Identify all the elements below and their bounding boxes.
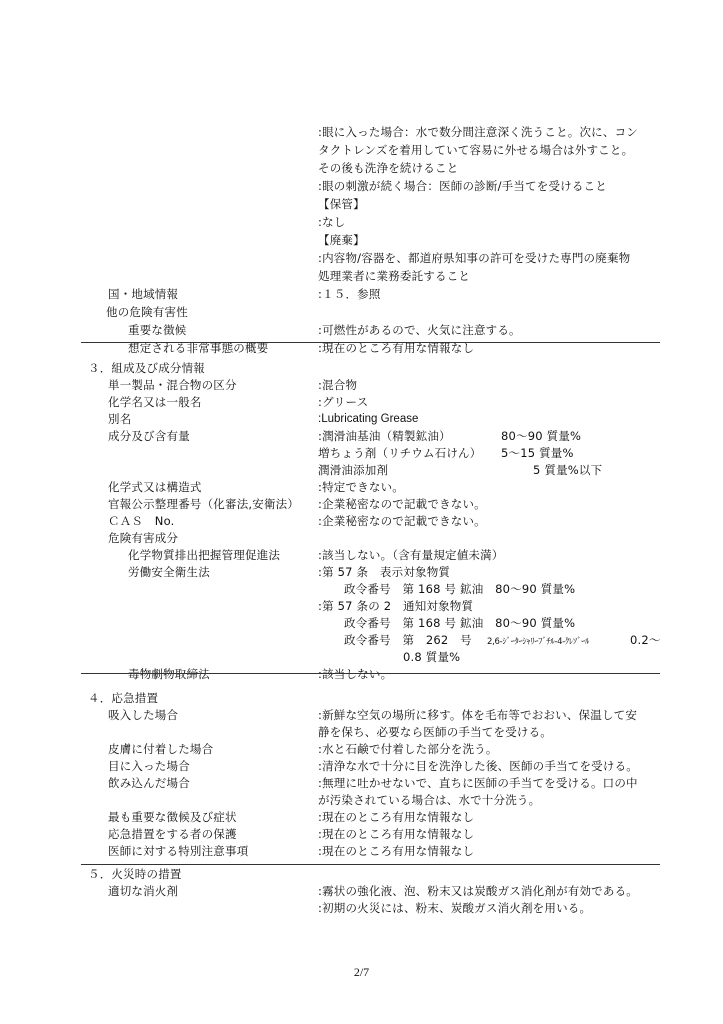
- inhalation-line-2: 静を保ち、必要なら医師の手当てを受ける。: [318, 724, 552, 740]
- inhalation-line-1: :新鮮な空気の場所に移す。体を毛布等でおおい、保温して安: [318, 707, 637, 723]
- eye-irritation-line: :眼の刺激が続く場合：医師の診断/手当てを受けること: [318, 178, 607, 194]
- ingestion-line-1: :無理に吐かせないで、直ちに医師の手当てを受ける。口の中: [318, 775, 638, 791]
- section-divider: [81, 864, 660, 865]
- physician-notes-label: 医師に対する特別注意事項: [108, 843, 248, 859]
- responder-protection-value: :現在のところ有用な情報なし: [318, 826, 474, 842]
- eye-contact-line-3: その後も洗浄を続けること: [318, 160, 458, 176]
- poison-law-label: 毒物劇物取締法: [128, 666, 210, 682]
- section4-title: ４．応急措置: [88, 690, 158, 706]
- hazardous-components-label: 危険有害成分: [108, 530, 178, 546]
- physician-notes-value: :現在のところ有用な情報なし: [318, 843, 474, 859]
- section3-title: ３．組成及び成分情報: [88, 360, 205, 376]
- gazette-number-label: 官報公示整理番号（化審法,安衛法）: [108, 496, 299, 512]
- cas-value: :企業秘密なので記載できない。: [318, 513, 486, 529]
- other-hazards-label: 他の危険有害性: [106, 304, 188, 320]
- ishl-line-5-suffix: 0.2～: [630, 632, 661, 648]
- ingestion-label: 飲み込んだ場合: [108, 775, 190, 791]
- ishl-line-1: :第 57 条 表示対象物質: [318, 564, 450, 580]
- eye-contact-line-1: :眼に入った場合：水で数分間注意深く洗うこと。次に、コン: [318, 124, 638, 140]
- component-name-3: 潤滑油添加剤: [318, 462, 388, 478]
- ishl-line-5-prefix: 政令番号 第 262 号: [344, 632, 472, 648]
- section-divider: [81, 673, 660, 674]
- disposal-line-2: 処理業者に業務委託すること: [318, 268, 470, 284]
- formula-label: 化学式又は構造式: [108, 479, 202, 495]
- ishl-line-6: 0.8 質量%: [403, 649, 460, 665]
- component-amount-2: 5～15 質量%: [501, 445, 574, 461]
- storage-value: :なし: [318, 214, 345, 230]
- disposal-line-1: :内容物/容器を、都道府県知事の許可を受けた専門の廃棄物: [318, 250, 630, 266]
- alias-value: :Lubricating Grease: [318, 411, 418, 427]
- eye-contact-label: 目に入った場合: [108, 758, 190, 774]
- regional-info-label: 国・地域情報: [108, 286, 178, 302]
- important-signs-value: :可燃性があるので、火気に注意する。: [318, 322, 521, 338]
- cas-label: ＣＡＳ No.: [108, 513, 175, 529]
- eye-contact-value: :清浄な水で十分に目を洗浄した後、医師の手当てを受ける。: [318, 758, 638, 774]
- symptoms-label: 最も重要な徴候及び症状: [108, 809, 237, 825]
- extinguishing-media-line-2: :初期の火災には、粉末、炭酸ガス消火剤を用いる。: [318, 900, 591, 916]
- product-type-value: :混合物: [318, 377, 357, 393]
- eye-contact-line-2: タクトレンズを着用していて容易に外せる場合は外すこと。: [318, 142, 633, 158]
- chemical-name-value: :グリース: [318, 394, 368, 410]
- prtr-value: :該当しない。（含有量規定値未満）: [318, 547, 504, 563]
- skin-contact-value: :水と石鹸で付着した部分を洗う。: [318, 741, 498, 757]
- component-name-1: :潤滑油基油（精製鉱油）: [318, 428, 451, 444]
- chemical-name-label: 化学名又は一般名: [108, 394, 202, 410]
- ishl-line-5-chemical: 2,6-ｼﾞｰﾀｰｼｬﾘｰﾌﾞﾁﾙ-4-ｸﾚｿﾞｰﾙ: [487, 634, 589, 650]
- gazette-number-value: :企業秘密なので記載できない。: [318, 496, 486, 512]
- ishl-line-4: 政令番号 第 168 号 鉱油 80～90 質量%: [344, 615, 575, 631]
- component-amount-1: 80～90 質量%: [501, 428, 581, 444]
- component-amount-3: 5 質量%以下: [533, 462, 602, 478]
- ishl-label: 労働安全衛生法: [128, 564, 210, 580]
- skin-contact-label: 皮膚に付着した場合: [108, 741, 213, 757]
- ishl-line-3: :第 57 条の 2 通知対象物質: [318, 598, 473, 614]
- section5-title: ５．火災時の措置: [88, 866, 182, 882]
- ingestion-line-2: が汚染されている場合は、水で十分洗う。: [318, 792, 540, 808]
- extinguishing-media-line-1: :霧状の強化液、泡、粉末又は炭酸ガス消化剤が有効である。: [318, 883, 638, 899]
- regional-info-value: :１５．参照: [318, 286, 381, 302]
- product-type-label: 単一製品・混合物の区分: [108, 377, 237, 393]
- symptoms-value: :現在のところ有用な情報なし: [318, 809, 474, 825]
- alias-label: 別名: [108, 411, 131, 427]
- important-signs-label: 重要な徴候: [128, 322, 187, 338]
- storage-heading: 【保管】: [318, 196, 365, 212]
- disposal-heading: 【廃棄】: [318, 232, 365, 248]
- prtr-label: 化学物質排出把握管理促進法: [128, 547, 280, 563]
- responder-protection-label: 応急措置をする者の保護: [108, 826, 237, 842]
- section-divider: [81, 342, 660, 343]
- inhalation-label: 吸入した場合: [108, 707, 178, 723]
- ishl-line-2: 政令番号 第 168 号 鉱油 80～90 質量%: [344, 581, 575, 597]
- formula-value: :特定できない。: [318, 479, 404, 495]
- components-label: 成分及び含有量: [108, 428, 190, 444]
- poison-law-value: :該当しない。: [318, 666, 392, 682]
- sds-page: :眼に入った場合：水で数分間注意深く洗うこと。次に、コン タクトレンズを着用して…: [0, 0, 723, 1024]
- component-name-2: 増ちょう剤（リチウム石けん）: [318, 445, 481, 461]
- page-number: 2/7: [0, 965, 723, 980]
- extinguishing-media-label: 適切な消火剤: [108, 883, 178, 899]
